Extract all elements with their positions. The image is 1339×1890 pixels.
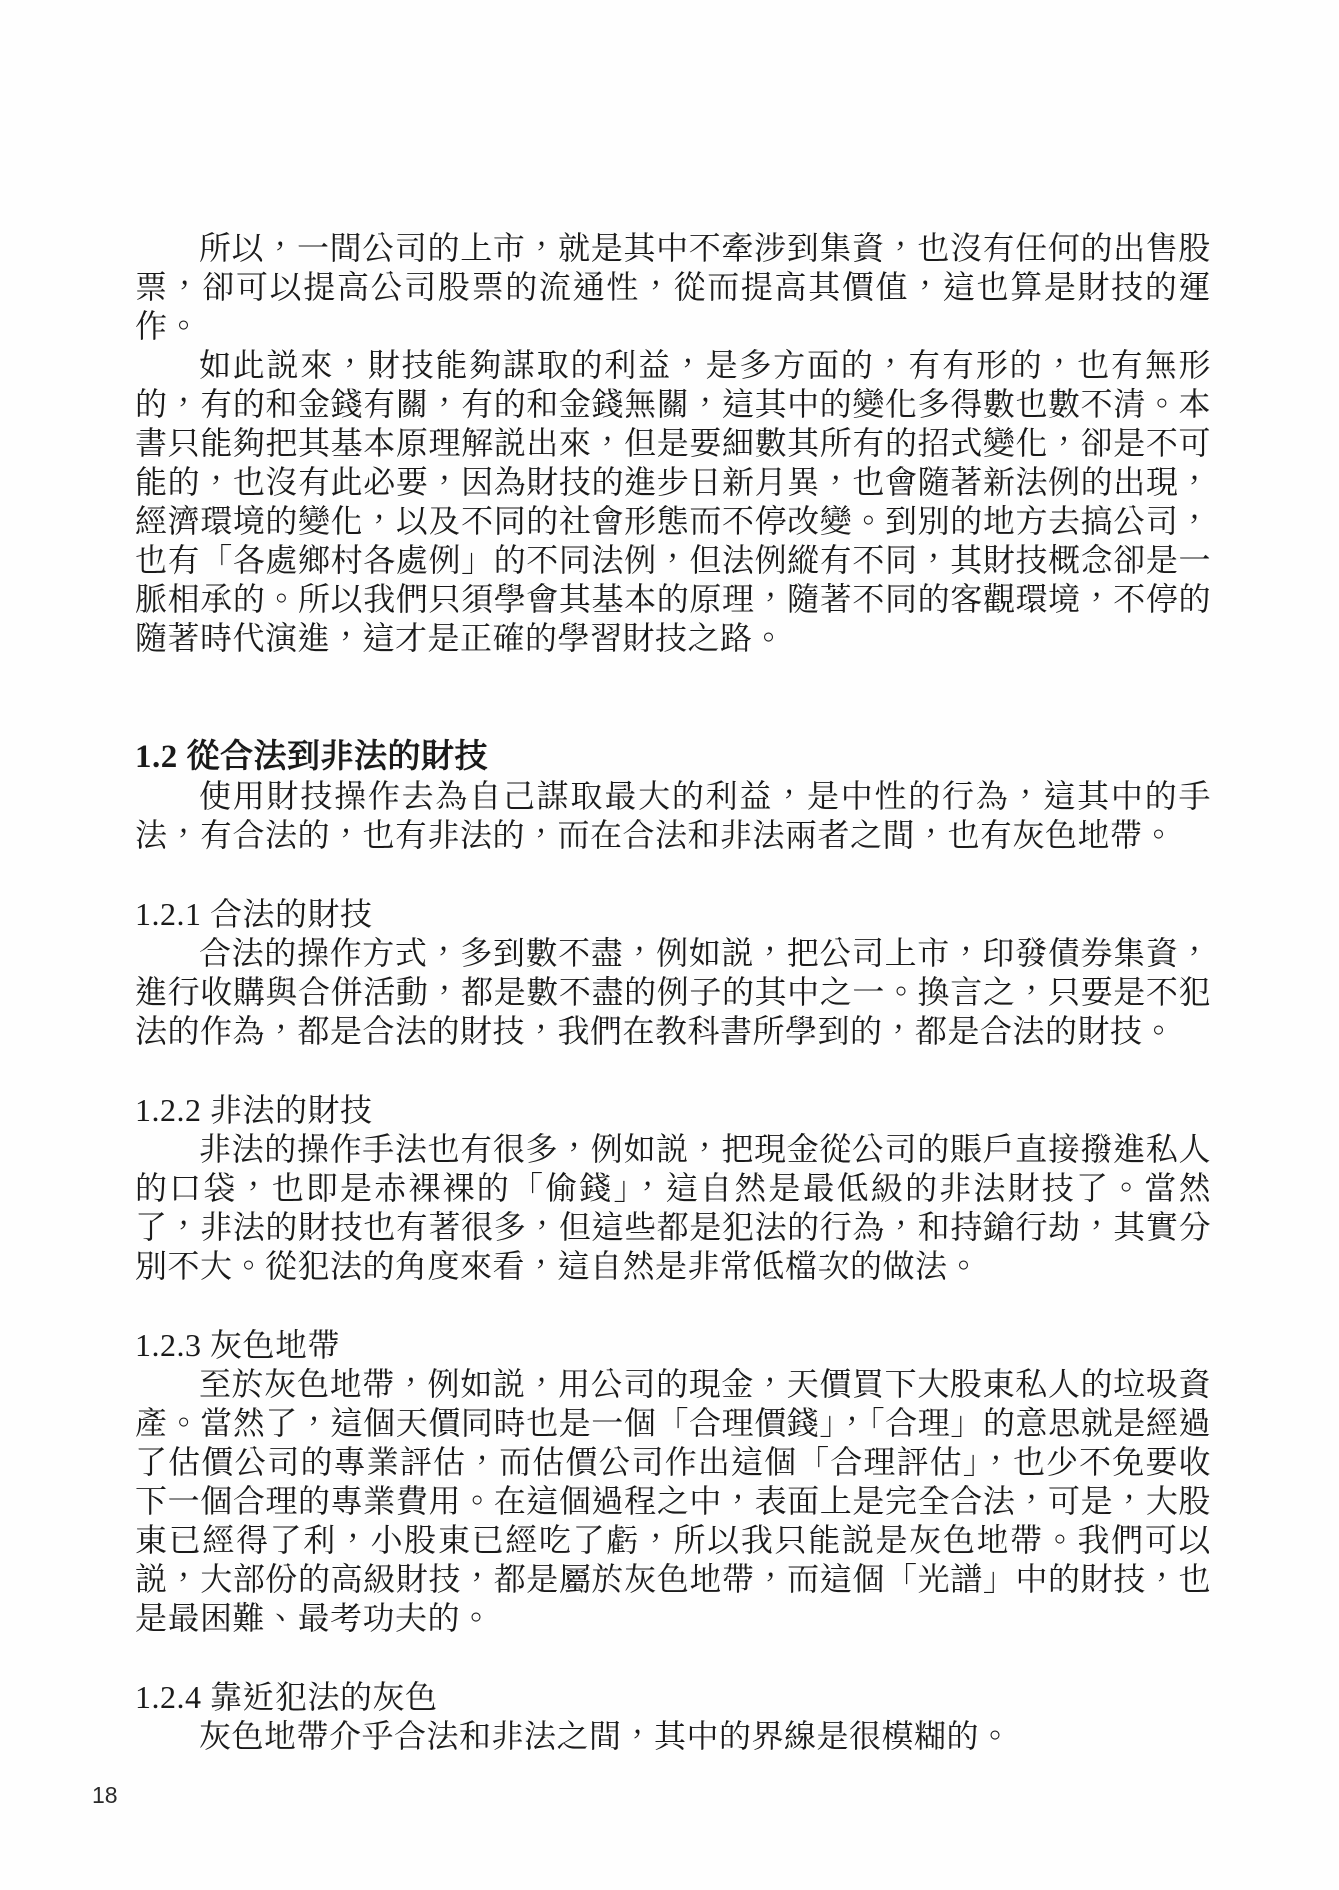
- book-page: 所以，一間公司的上市，就是其中不牽涉到集資，也沒有任何的出售股票，卻可以提高公司…: [0, 0, 1339, 1890]
- subsection-body-1-2-3: 至於灰色地帶，例如説，用公司的現金，天價買下大股東私人的垃圾資產。當然了，這個天…: [135, 1365, 1211, 1638]
- intro-paragraph-2: 如此説來，財技能夠謀取的利益，是多方面的，有有形的，也有無形的，有的和金錢有關，…: [135, 346, 1211, 658]
- subsection-body-1-2-4: 灰色地帶介乎合法和非法之間，其中的界線是很模糊的。: [135, 1717, 1211, 1756]
- section-heading-1-2: 1.2 從合法到非法的財技: [135, 738, 1211, 777]
- intro-paragraph-1: 所以，一間公司的上市，就是其中不牽涉到集資，也沒有任何的出售股票，卻可以提高公司…: [135, 229, 1211, 346]
- subsection-heading-1-2-3: 1.2.3 灰色地帶: [135, 1326, 1211, 1365]
- page-content: 所以，一間公司的上市，就是其中不牽涉到集資，也沒有任何的出售股票，卻可以提高公司…: [135, 229, 1211, 1756]
- page-number: 18: [92, 1782, 118, 1809]
- subsection-heading-1-2-4: 1.2.4 靠近犯法的灰色: [135, 1678, 1211, 1717]
- subsection-body-1-2-1: 合法的操作方式，多到數不盡，例如説，把公司上市，印發債券集資，進行收購與合併活動…: [135, 934, 1211, 1051]
- subsection-heading-1-2-2: 1.2.2 非法的財技: [135, 1091, 1211, 1130]
- subsection-heading-1-2-1: 1.2.1 合法的財技: [135, 895, 1211, 934]
- subsection-body-1-2-2: 非法的操作手法也有很多，例如説，把現金從公司的賬戶直接撥進私人的口袋，也即是赤裸…: [135, 1130, 1211, 1286]
- section-intro-paragraph: 使用財技操作去為自己謀取最大的利益，是中性的行為，這其中的手法，有合法的，也有非…: [135, 777, 1211, 855]
